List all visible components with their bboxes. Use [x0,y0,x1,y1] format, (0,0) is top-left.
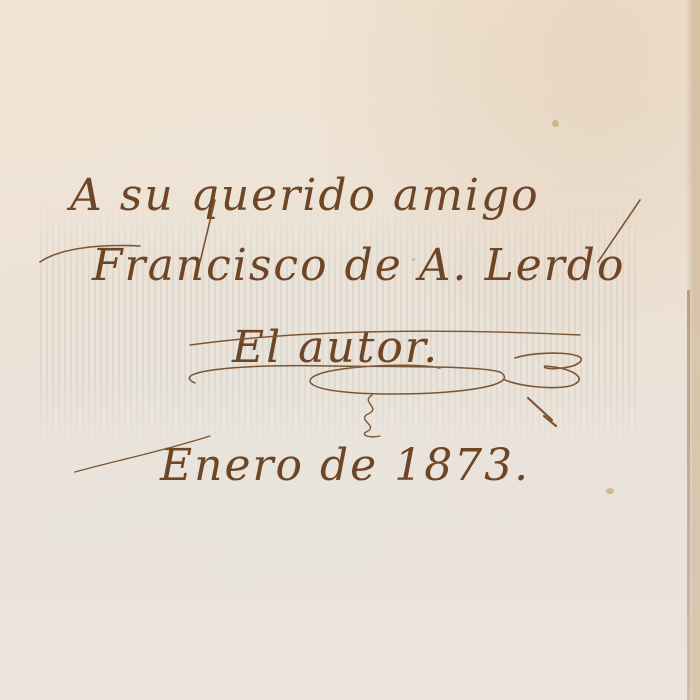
swash-stroke [40,246,140,262]
paper-page: A su querido amigo Francisco de A. Lerdo… [0,0,700,700]
pen-flourishes [0,0,700,700]
